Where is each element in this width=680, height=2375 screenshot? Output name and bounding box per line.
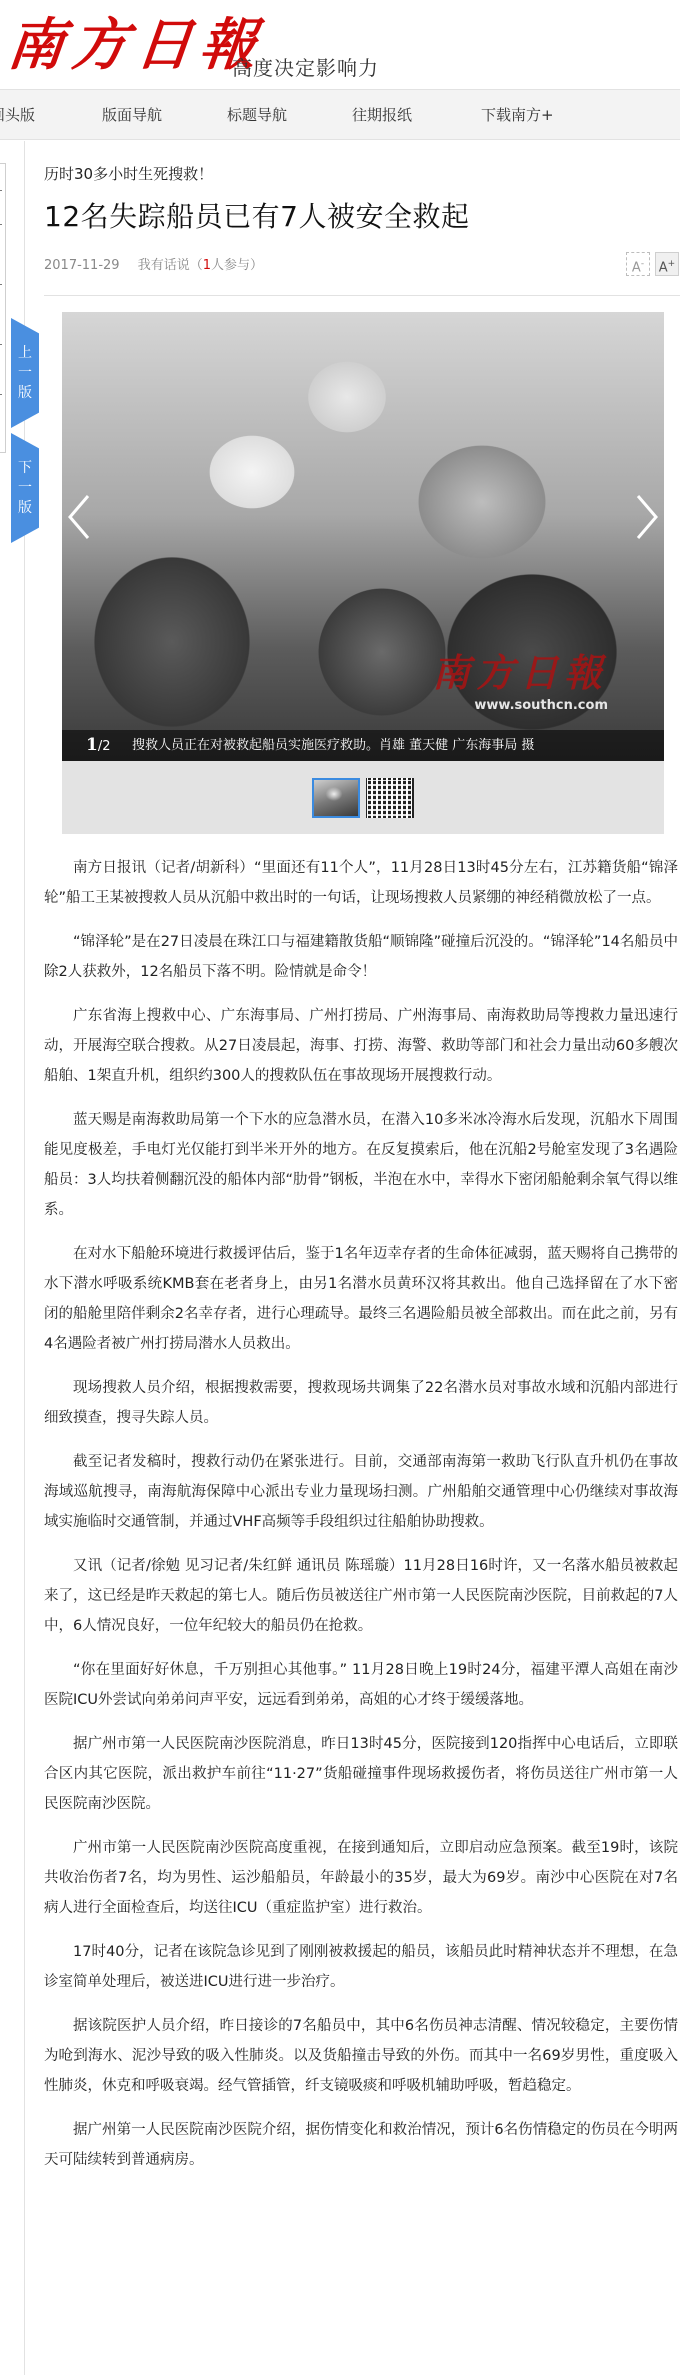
article-paragraph: 在对水下船舱环境进行救援评估后，鉴于1名年迈幸存者的生命体征减弱，蓝天赐将自己携… <box>44 1239 680 1359</box>
nav-item-front-page[interactable]: 回头版 <box>0 90 35 140</box>
next-page-label-char: 下 <box>18 458 32 478</box>
article-paragraph: 南方日报讯（记者/胡新科）“里面还有11个人”，11月28日13时45分左右，江… <box>44 853 680 913</box>
next-page-label-char: 一 <box>18 478 32 498</box>
next-page-label-char: 版 <box>18 498 32 518</box>
panel-line <box>0 284 2 285</box>
nav-item-page-navigation[interactable]: 版面导航 <box>102 90 162 140</box>
decrease-font-button[interactable]: A- <box>626 252 650 276</box>
photo-total: /2 <box>98 739 111 754</box>
comments-prefix: 我有话说（ <box>138 258 203 273</box>
prev-page-label-char: 上 <box>18 343 32 363</box>
title-divider <box>44 295 680 296</box>
article-body: 南方日报讯（记者/胡新科）“里面还有11个人”，11月28日13时45分左右，江… <box>44 853 680 2189</box>
photo-caption: 搜救人员正在对被救起船员实施医疗救助。肖雄 董天健 广东海事局 摄 <box>132 730 534 761</box>
article-paragraph: “你在里面好好休息，千万别担心其他事。” 11月28日晚上19时24分，福建平潭… <box>44 1655 680 1715</box>
comments-link[interactable]: 我有话说（1人参与） <box>138 258 263 273</box>
gallery-thumbnails <box>62 761 664 834</box>
article-paragraph: 截至记者发稿时，搜救行动仍在紧张进行。目前，交通部南海第一救助飞行队直升机仍在事… <box>44 1447 680 1537</box>
panel-line <box>0 224 2 225</box>
article-paragraph: 17时40分，记者在该院急诊见到了刚刚被救援起的船员，该船员此时精神状态并不理想… <box>44 1937 680 1997</box>
thumbnail-qr-code[interactable] <box>366 778 414 818</box>
photo-caption-bar: 1/2 搜救人员正在对被救起船员实施医疗救助。肖雄 董天健 广东海事局 摄 <box>62 730 664 761</box>
article-paragraph: 蓝天赐是南海救助局第一个下水的应急潜水员，在潜入10多米冰冷海水后发现，沉船水下… <box>44 1105 680 1225</box>
prev-page-label-char: 版 <box>18 383 32 403</box>
photo-gallery: 南方日報 www.southcn.com 1/2 搜救人员正在对被救起船员实施医… <box>62 312 664 834</box>
panel-line <box>0 190 2 191</box>
main-nav: 回头版 版面导航 标题导航 往期报纸 下载南方+ <box>0 89 680 140</box>
prev-page-label-char: 一 <box>18 363 32 383</box>
nav-item-past-issues[interactable]: 往期报纸 <box>352 90 412 140</box>
font-smaller-icon: A <box>632 260 641 275</box>
prev-page-button[interactable]: 上 一 版 <box>11 318 39 428</box>
panel-line <box>0 394 2 395</box>
photo-watermark-url: www.southcn.com <box>474 698 608 713</box>
comments-suffix: 人参与） <box>211 258 263 273</box>
site-logo[interactable]: 南方日報 <box>8 8 264 80</box>
chevron-left-icon <box>64 492 94 542</box>
gallery-next-button[interactable] <box>632 492 662 542</box>
site-slogan: 高度决定影响力 <box>232 52 379 81</box>
logo-wordmark: 南方日報 <box>4 10 267 80</box>
gallery-main-photo[interactable]: 南方日報 www.southcn.com 1/2 搜救人员正在对被救起船员实施医… <box>62 312 664 761</box>
site-header: 南方日報 高度决定影响力 <box>0 0 680 88</box>
thumbnail-rescue-photo[interactable] <box>312 778 360 818</box>
article-paragraph: 又讯（记者/徐勉 见习记者/朱红鲜 通讯员 陈瑶璇）11月28日16时许，又一名… <box>44 1551 680 1641</box>
photo-watermark: 南方日報 <box>432 642 608 697</box>
article-paragraph: 广东省海上搜救中心、广东海事局、广州打捞局、广州海事局、南海救助局等搜救力量迅速… <box>44 1001 680 1091</box>
article-meta: 2017-11-29 我有话说（1人参与） <box>44 254 263 273</box>
photo-index: 1/2 <box>86 730 111 761</box>
font-larger-icon: A <box>659 260 668 275</box>
gallery-prev-button[interactable] <box>64 492 94 542</box>
minus-superscript: - <box>641 259 644 269</box>
article-paragraph: 现场搜救人员介绍，根据搜救需要，搜救现场共调集了22名潜水员对事故水域和沉船内部… <box>44 1373 680 1433</box>
article-paragraph: “锦泽轮”是在27日凌晨在珠江口与福建籍散货船“顺锦隆”碰撞后沉没的。“锦泽轮”… <box>44 927 680 987</box>
comment-count: 1 <box>203 258 211 273</box>
photo-current-index: 1 <box>86 735 98 755</box>
panel-line <box>0 344 2 345</box>
article-paragraph: 广州市第一人民医院南沙医院高度重视，在接到通知后，立即启动应急预案。截至19时，… <box>44 1833 680 1923</box>
next-page-button[interactable]: 下 一 版 <box>11 433 39 543</box>
article-paragraph: 据该院医护人员介绍，昨日接诊的7名船员中，其中6名伤员神志清醒、情况较稳定，主要… <box>44 2011 680 2101</box>
page-thumbnail-panel[interactable] <box>0 163 6 453</box>
article-paragraph: 据广州市第一人民医院南沙医院消息，昨日13时45分，医院接到120指挥中心电话后… <box>44 1729 680 1819</box>
nav-item-headline-navigation[interactable]: 标题导航 <box>227 90 287 140</box>
chevron-right-icon <box>632 492 662 542</box>
increase-font-button[interactable]: A+ <box>655 252 679 276</box>
plus-superscript: + <box>668 259 676 269</box>
nav-item-download-app[interactable]: 下载南方+ <box>481 90 554 140</box>
article-kicker: 历时30多小时生死搜救！ <box>44 163 213 184</box>
article-paragraph: 据广州第一人民医院南沙医院介绍，据伤情变化和救治情况，预计6名伤情稳定的伤员在今… <box>44 2115 680 2175</box>
publish-date: 2017-11-29 <box>44 258 120 273</box>
article-title: 12名失踪船员已有7人被安全救起 <box>44 195 469 235</box>
